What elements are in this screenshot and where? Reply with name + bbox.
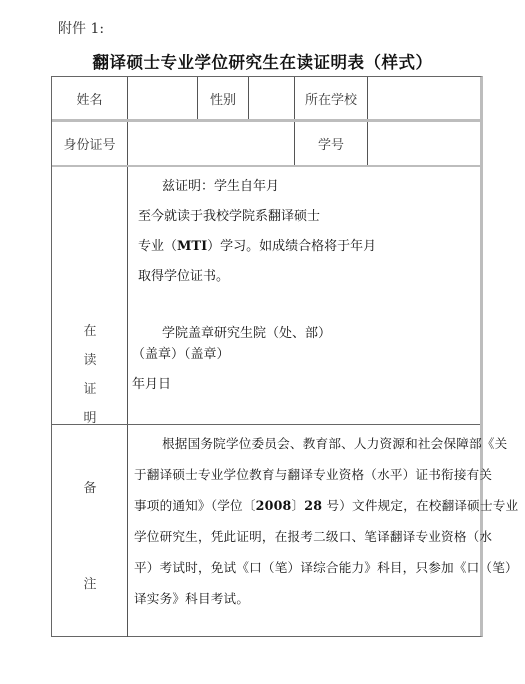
date-line: 年月日 bbox=[132, 373, 171, 392]
page-title: 翻译硕士专业学位研究生在读证明表（样式） bbox=[0, 49, 525, 73]
label-char: 证 bbox=[52, 378, 128, 397]
remarks-label: 备 注 bbox=[52, 425, 128, 637]
label-char: 读 bbox=[52, 349, 128, 368]
certificate-line: 兹证明：学生自年月 bbox=[162, 175, 279, 194]
certificate-table: 姓名 性别 所在学校 身份证号 学号 在 读 证 明 兹证明：学生自年月 至今就… bbox=[51, 76, 483, 637]
table-row-enrollment-certificate: 在 读 证 明 兹证明：学生自年月 至今就读于我校学院系翻译硕士 专业（MTI）… bbox=[52, 167, 480, 425]
remarks-line: 译实务》科目考试。 bbox=[134, 588, 249, 607]
name-label: 姓名 bbox=[52, 77, 128, 119]
label-char: 在 bbox=[52, 320, 128, 339]
school-field[interactable] bbox=[368, 77, 480, 119]
remarks-line: 根据国务院学位委员会、教育部、人力资源和社会保障部《关 bbox=[162, 433, 507, 452]
certificate-line: 至今就读于我校学院系翻译硕士 bbox=[138, 205, 320, 224]
id-number-field[interactable] bbox=[128, 122, 295, 165]
table-row-remarks: 备 注 根据国务院学位委员会、教育部、人力资源和社会保障部《关 于翻译硕士专业学… bbox=[52, 425, 480, 637]
id-number-label: 身份证号 bbox=[52, 122, 128, 165]
remarks-line: 平）考试时，免试《口（笔）译综合能力》科目，只参加《口（笔） bbox=[134, 557, 518, 576]
table-row-id-info: 身份证号 学号 bbox=[52, 122, 480, 167]
gender-field[interactable] bbox=[249, 77, 295, 119]
attachment-label: 附件 1: bbox=[58, 18, 104, 38]
remarks-line: 于翻译硕士专业学位教育与翻译专业资格（水平）证书衔接有关 bbox=[134, 464, 492, 483]
student-number-field[interactable] bbox=[368, 122, 480, 165]
school-label: 所在学校 bbox=[295, 77, 368, 119]
label-char: 备 bbox=[52, 477, 128, 496]
certificate-content: 兹证明：学生自年月 至今就读于我校学院系翻译硕士 专业（MTI）学习。如成绩合格… bbox=[128, 167, 480, 424]
certificate-line: 专业（MTI）学习。如成绩合格将于年月 bbox=[138, 235, 376, 254]
student-number-label: 学号 bbox=[295, 122, 368, 165]
certificate-line: 取得学位证书。 bbox=[138, 265, 229, 284]
stamp-line: （盖章）（盖章） bbox=[132, 343, 230, 362]
label-char: 明 bbox=[52, 407, 128, 426]
remarks-content: 根据国务院学位委员会、教育部、人力资源和社会保障部《关 于翻译硕士专业学位教育与… bbox=[128, 425, 480, 637]
enrollment-certificate-label: 在 读 证 明 bbox=[52, 167, 128, 424]
remarks-line: 事项的通知》（学位〔2008〕28 号）文件规定，在校翻译硕士专业 bbox=[134, 495, 518, 514]
remarks-line: 学位研究生，凭此证明，在报考二级口、笔译翻译专业资格（水 bbox=[134, 526, 492, 545]
gender-label: 性别 bbox=[198, 77, 249, 119]
stamp-line: 学院盖章研究生院（处、部） bbox=[162, 322, 331, 341]
name-field[interactable] bbox=[128, 77, 198, 119]
table-row-basic-info: 姓名 性别 所在学校 bbox=[52, 77, 480, 122]
label-char: 注 bbox=[52, 573, 128, 592]
